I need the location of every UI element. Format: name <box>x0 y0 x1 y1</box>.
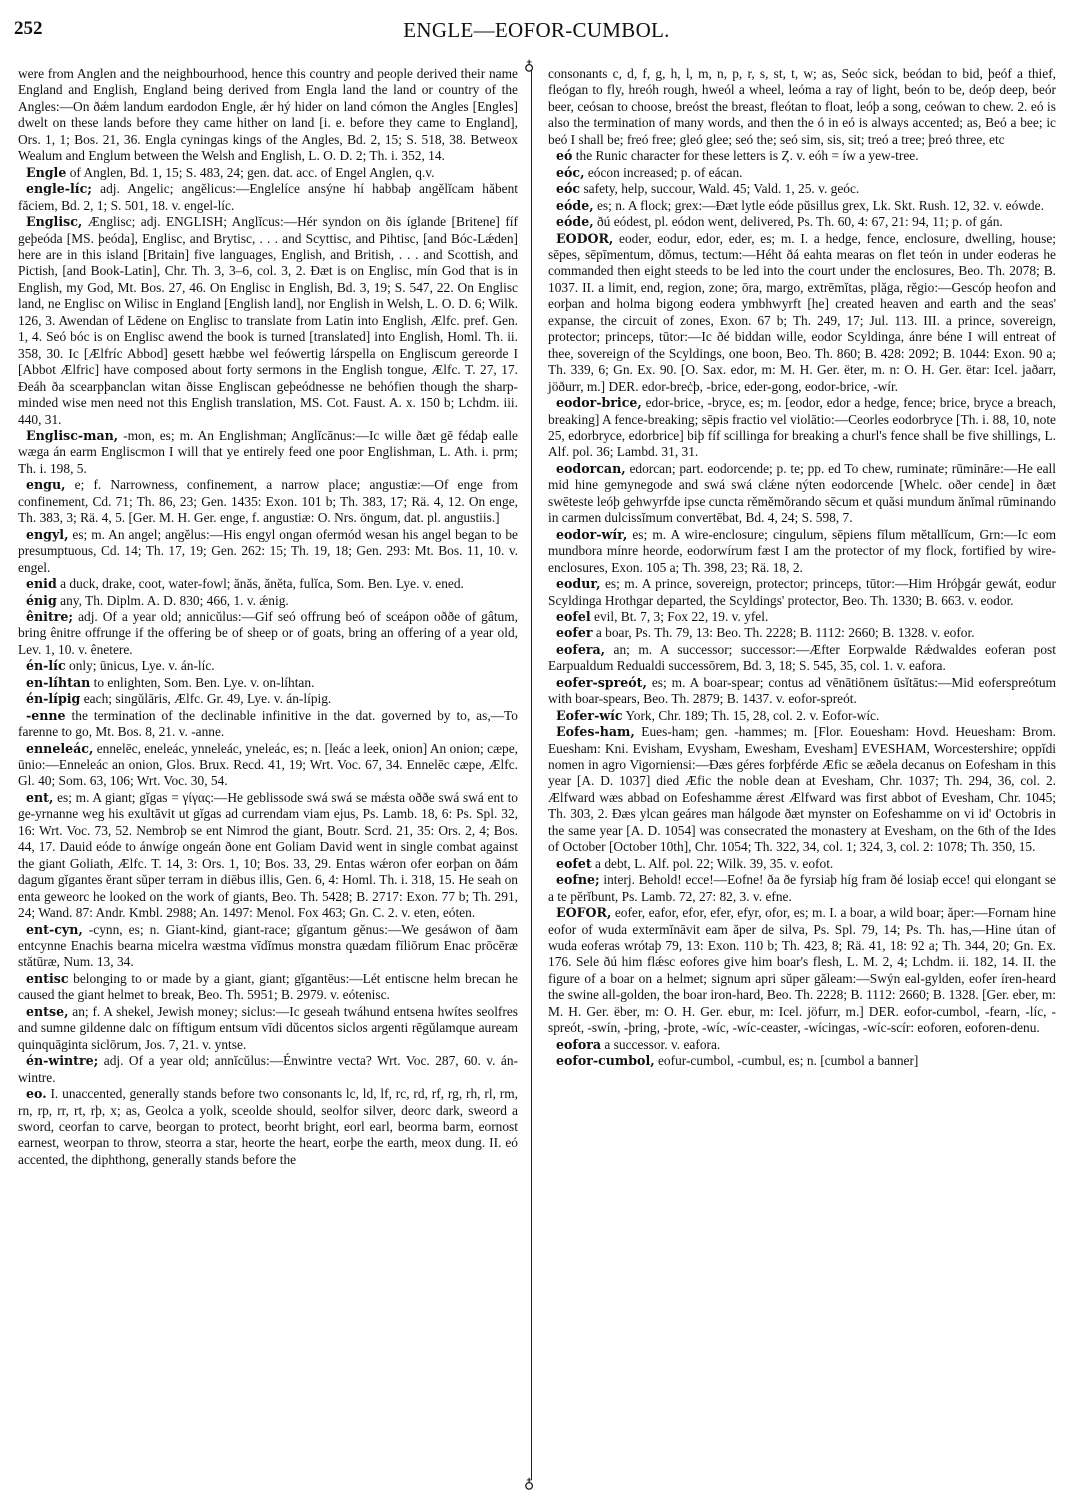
ornament-bottom-icon: ♁ <box>524 1478 534 1492</box>
entry-text: York, Chr. 189; Th. 15, 28, col. 2. v. E… <box>625 708 879 723</box>
entry-text: the termination of the declinable infini… <box>18 708 518 739</box>
dictionary-entry: EODOR, eoder, eodur, edor, eder, es; m. … <box>548 231 1056 396</box>
dictionary-entry: engu, e; f. Narrowness, confinement, a n… <box>18 477 518 526</box>
dictionary-entry: enneleác, ennelēc, eneleác, ynneleác, yn… <box>18 741 518 790</box>
entry-text: only; ūnicus, Lye. v. án-líc. <box>69 658 215 673</box>
entry-text: Ænglisc; adj. ENGLISH; Anglĭcus:—Hér syn… <box>18 214 518 426</box>
dictionary-entry: Engle of Anglen, Bd. 1, 15; S. 483, 24; … <box>18 165 518 181</box>
dictionary-entry: ênitre; adj. Of a year old; annicŭlus:—G… <box>18 609 518 658</box>
entry-text: evil, Bt. 7, 3; Fox 22, 19. v. yfel. <box>594 609 768 624</box>
entry-headword: eofor-cumbol, <box>556 1053 655 1068</box>
dictionary-entry: Englisc-man, -mon, es; m. An Englishman;… <box>18 428 518 477</box>
entry-headword: engyl, <box>26 527 68 542</box>
dictionary-entry: eo. I. unaccented, generally stands befo… <box>18 1086 518 1168</box>
entry-headword: entse, <box>26 1004 68 1019</box>
dictionary-entry: engyl, es; m. An angel; angĕlus:—His eng… <box>18 527 518 576</box>
entry-headword: Engle <box>26 165 66 180</box>
entry-headword: eóc <box>556 181 580 196</box>
entry-text: -cynn, es; n. Giant-kind, giant-race; gĭ… <box>18 922 518 970</box>
entry-text: I. unaccented, generally stands before t… <box>18 1086 518 1167</box>
dictionary-entry: eofera, an; m. A successor; successor:—Æ… <box>548 642 1056 675</box>
entry-text: eócon increased; p. of eácan. <box>588 165 743 180</box>
entry-headword: Englisc, <box>26 214 82 229</box>
entry-headword: -enne <box>26 708 66 723</box>
entry-text: any, Th. Diplm. A. D. 830; 466, 1. v. ǽn… <box>60 593 289 608</box>
entry-headword: eodur, <box>556 576 600 591</box>
entry-headword: en-líhtan <box>26 675 90 690</box>
dictionary-entry: Eofer-wíc York, Chr. 189; Th. 15, 28, co… <box>548 708 1056 724</box>
dictionary-entry: eofor-cumbol, eofur-cumbol, -cumbul, es;… <box>548 1053 1056 1069</box>
entry-text: es; n. A flock; grex:—Ðæt lytle eóde pŭs… <box>597 198 1044 213</box>
dictionary-entry: énig any, Th. Diplm. A. D. 830; 466, 1. … <box>18 593 518 609</box>
entry-headword: eóc, <box>556 165 584 180</box>
entry-text: adj. Angelic; angĕlicus:—Englelíce ansýn… <box>18 181 518 212</box>
dictionary-entry: eodor-wír, es; m. A wire-enclosure; cing… <box>548 527 1056 576</box>
entry-headword: én-líc <box>26 658 66 673</box>
entry-headword: énig <box>26 593 57 608</box>
entry-headword: ent, <box>26 790 53 805</box>
entry-headword: entisc <box>26 971 69 986</box>
dictionary-entry: én-wintre; adj. Of a year old; annĭcŭlus… <box>18 1053 518 1086</box>
dictionary-entry: én-líc only; ūnicus, Lye. v. án-líc. <box>18 658 518 674</box>
dictionary-entry: eofne; interj. Behold! ecce!—Eofne! ða ð… <box>548 872 1056 905</box>
dictionary-entry: eóc safety, help, succour, Wald. 45; Val… <box>548 181 1056 197</box>
entry-headword: én-wintre; <box>26 1053 98 1068</box>
entry-headword: eo. <box>26 1086 47 1101</box>
entry-headword: eóde, <box>556 214 594 229</box>
entry-text: eoder, eodur, edor, eder, es; m. I. a he… <box>548 231 1056 394</box>
entry-headword: eofora <box>556 1037 601 1052</box>
dictionary-entry: én-lípig each; singŭlāris, Ælfc. Gr. 49,… <box>18 691 518 707</box>
entry-text: an; f. A shekel, Jewish money; siclus:—I… <box>18 1004 518 1052</box>
entry-headword: ent-cyn, <box>26 922 83 937</box>
entry-text: es; m. An angel; angĕlus:—His engyl onga… <box>18 527 518 575</box>
dictionary-entry: -enne the termination of the declinable … <box>18 708 518 741</box>
dictionary-entry: eofer-spreót, es; m. A boar-spear; contu… <box>548 675 1056 708</box>
entry-headword: EOFOR, <box>556 905 611 920</box>
dictionary-entry: eóc, eócon increased; p. of eácan. <box>548 165 1056 181</box>
entry-text: eofer, eafor, efor, efer, efyr, ofor, es… <box>548 905 1056 1035</box>
entry-headword: engu, <box>26 477 66 492</box>
entry-text: were from Anglen and the neighbourhood, … <box>18 66 518 163</box>
dictionary-entry: Eofes-ham, Eues-ham; gen. -hammes; m. [F… <box>548 724 1056 856</box>
entry-text: the Runic character for these letters is… <box>576 148 919 163</box>
entry-text: consonants c, d, f, g, h, l, m, n, p, r,… <box>548 66 1056 147</box>
dictionary-entry: eofel evil, Bt. 7, 3; Fox 22, 19. v. yfe… <box>548 609 1056 625</box>
entry-text: adj. Of a year old; annicŭlus:—Gif seó o… <box>18 609 518 657</box>
dictionary-entry: eofer a boar, Ps. Th. 79, 13: Beo. Th. 2… <box>548 625 1056 641</box>
entry-headword: eodor-wír, <box>556 527 627 542</box>
entry-headword: eofne; <box>556 872 600 887</box>
entry-headword: eó <box>556 148 572 163</box>
entry-text: each; singŭlāris, Ælfc. Gr. 49, Lye. v. … <box>84 691 332 706</box>
dictionary-entry: eodor-brice, edor-brice, -bryce, es; m. … <box>548 395 1056 461</box>
dictionary-entry: eó the Runic character for these letters… <box>548 148 1056 164</box>
entry-text: interj. Behold! ecce!—Eofne! ða ðe fyrsi… <box>548 872 1056 903</box>
left-column: were from Anglen and the neighbourhood, … <box>18 66 518 1168</box>
entry-text: ennelēc, eneleác, ynneleác, yneleác, es;… <box>18 741 518 789</box>
entry-headword: Eofes-ham, <box>556 724 635 739</box>
entry-headword: eofera, <box>556 642 605 657</box>
entry-text: e; f. Narrowness, confinement, a narrow … <box>18 477 518 525</box>
dictionary-entry: were from Anglen and the neighbourhood, … <box>18 66 518 165</box>
dictionary-entry: eóde, es; n. A flock; grex:—Ðæt lytle eó… <box>548 198 1056 214</box>
entry-text: a boar, Ps. Th. 79, 13: Beo. Th. 2228; B… <box>596 625 975 640</box>
entry-text: Eues-ham; gen. -hammes; m. [Flor. Eouesh… <box>548 724 1056 854</box>
dictionary-entry: en-líhtan to enlighten, Som. Ben. Lye. v… <box>18 675 518 691</box>
dictionary-entry: ent-cyn, -cynn, es; n. Giant-kind, giant… <box>18 922 518 971</box>
dictionary-entry: EOFOR, eofer, eafor, efor, efer, efyr, o… <box>548 905 1056 1037</box>
entry-text: ðú eódest, pl. eódon went, delivered, Ps… <box>597 214 1003 229</box>
entry-headword: enid <box>26 576 57 591</box>
entry-headword: engle-líc; <box>26 181 92 196</box>
ornament-top-icon: ♁ <box>524 60 534 74</box>
dictionary-entry: entisc belonging to or made by a giant, … <box>18 971 518 1004</box>
entry-headword: Englisc-man, <box>26 428 118 443</box>
dictionary-entry: ent, es; m. A giant; gĭgas = γίγας:—He g… <box>18 790 518 922</box>
entry-text: eofur-cumbol, -cumbul, es; n. [cumbol a … <box>658 1053 918 1068</box>
entry-text: a successor. v. eafora. <box>604 1037 720 1052</box>
entry-headword: eofel <box>556 609 591 624</box>
entry-headword: eóde, <box>556 198 594 213</box>
entry-text: a debt, L. Alf. pol. 22; Wilk. 39, 35. v… <box>595 856 833 871</box>
page-header: 252 ENGLE—EOFOR-CUMBOL. <box>14 14 1059 54</box>
dictionary-entry: Englisc, Ænglisc; adj. ENGLISH; Anglĭcus… <box>18 214 518 428</box>
entry-headword: eofer <box>556 625 592 640</box>
entry-text: to enlighten, Som. Ben. Lye. v. on-líhta… <box>94 675 315 690</box>
entry-headword: EODOR, <box>556 231 613 246</box>
entry-text: safety, help, succour, Wald. 45; Vald. 1… <box>583 181 859 196</box>
right-column: consonants c, d, f, g, h, l, m, n, p, r,… <box>548 66 1056 1070</box>
entry-text: of Anglen, Bd. 1, 15; S. 483, 24; gen. d… <box>70 165 435 180</box>
dictionary-entry: eodur, es; m. A prince, sovereign, prote… <box>548 576 1056 609</box>
entry-text: a duck, drake, coot, water-fowl; ănăs, ă… <box>60 576 464 591</box>
entry-headword: eodorcan, <box>556 461 626 476</box>
running-head: ENGLE—EOFOR-CUMBOL. <box>14 18 1059 43</box>
entry-text: es; m. A prince, sovereign, protector; p… <box>548 576 1056 607</box>
dictionary-entry: entse, an; f. A shekel, Jewish money; si… <box>18 1004 518 1053</box>
entry-headword: én-lípig <box>26 691 80 706</box>
entry-headword: eofet <box>556 856 592 871</box>
entry-text: an; m. A successor; successor:—Æfter Eor… <box>548 642 1056 673</box>
dictionary-entry: eofet a debt, L. Alf. pol. 22; Wilk. 39,… <box>548 856 1056 872</box>
entry-headword: eodor-brice, <box>556 395 642 410</box>
dictionary-entry: eóde, ðú eódest, pl. eódon went, deliver… <box>548 214 1056 230</box>
entry-headword: eofer-spreót, <box>556 675 647 690</box>
dictionary-entry: eodorcan, edorcan; part. eodorcende; p. … <box>548 461 1056 527</box>
column-divider <box>531 70 532 1480</box>
dictionary-entry: eofora a successor. v. eafora. <box>548 1037 1056 1053</box>
entry-headword: Eofer-wíc <box>556 708 623 723</box>
dictionary-entry: consonants c, d, f, g, h, l, m, n, p, r,… <box>548 66 1056 148</box>
entry-text: es; m. A giant; gĭgas = γίγας:—He geblis… <box>18 790 518 920</box>
entry-text: belonging to or made by a giant, giant; … <box>18 971 518 1002</box>
entry-headword: enneleác, <box>26 741 93 756</box>
dictionary-entry: engle-líc; adj. Angelic; angĕlicus:—Engl… <box>18 181 518 214</box>
dictionary-entry: enid a duck, drake, coot, water-fowl; ăn… <box>18 576 518 592</box>
entry-headword: ênitre; <box>26 609 73 624</box>
